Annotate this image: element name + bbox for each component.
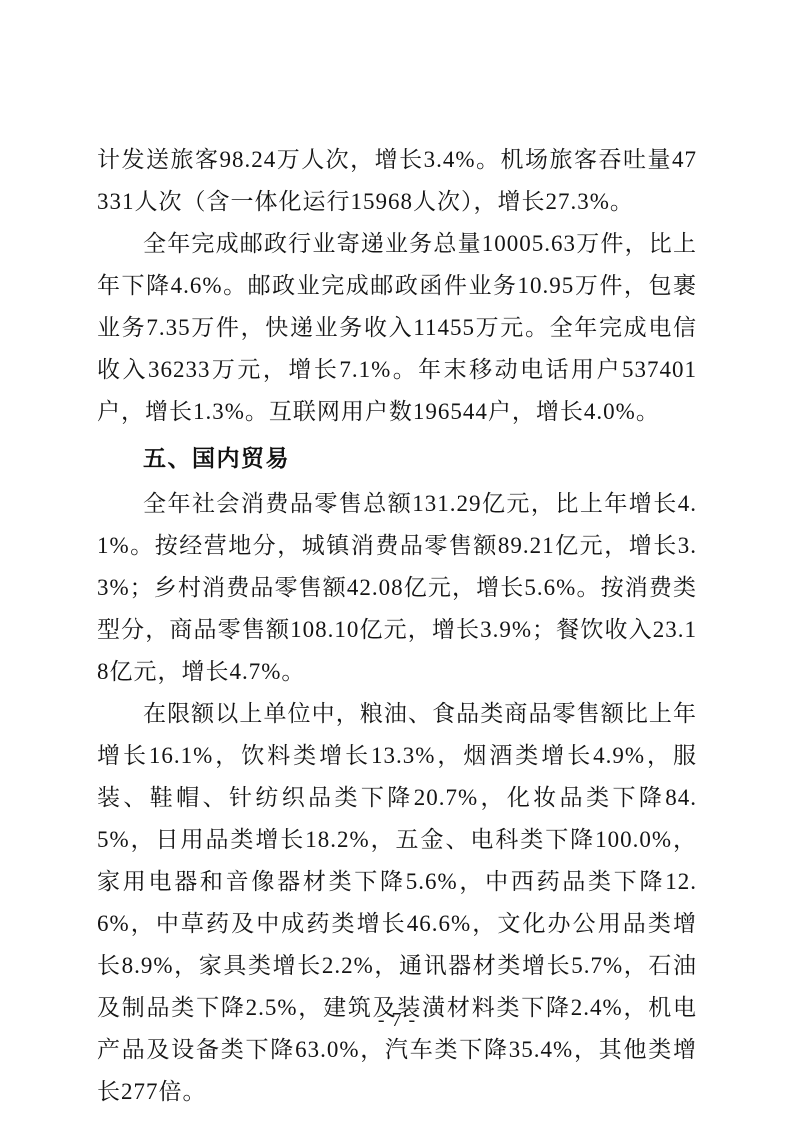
paragraph-retail-categories: 在限额以上单位中，粮油、食品类商品零售额比上年增长16.1%，饮料类增长13.3… <box>97 693 697 1113</box>
document-page: 计发送旅客98.24万人次，增长3.4%。机场旅客吞吐量47331人次（含一体化… <box>0 0 794 1123</box>
paragraph-postal-telecom: 全年完成邮政行业寄递业务总量10005.63万件，比上年下降4.6%。邮政业完成… <box>97 223 697 433</box>
section-heading-domestic-trade: 五、国内贸易 <box>97 437 697 479</box>
paragraph-transport-continuation: 计发送旅客98.24万人次，增长3.4%。机场旅客吞吐量47331人次（含一体化… <box>97 139 697 223</box>
paragraph-retail-sales-totals: 全年社会消费品零售总额131.29亿元，比上年增长4.1%。按经营地分，城镇消费… <box>97 483 697 693</box>
page-number: - 7 - <box>0 1005 794 1035</box>
document-content: 计发送旅客98.24万人次，增长3.4%。机场旅客吞吐量47331人次（含一体化… <box>97 139 697 1113</box>
